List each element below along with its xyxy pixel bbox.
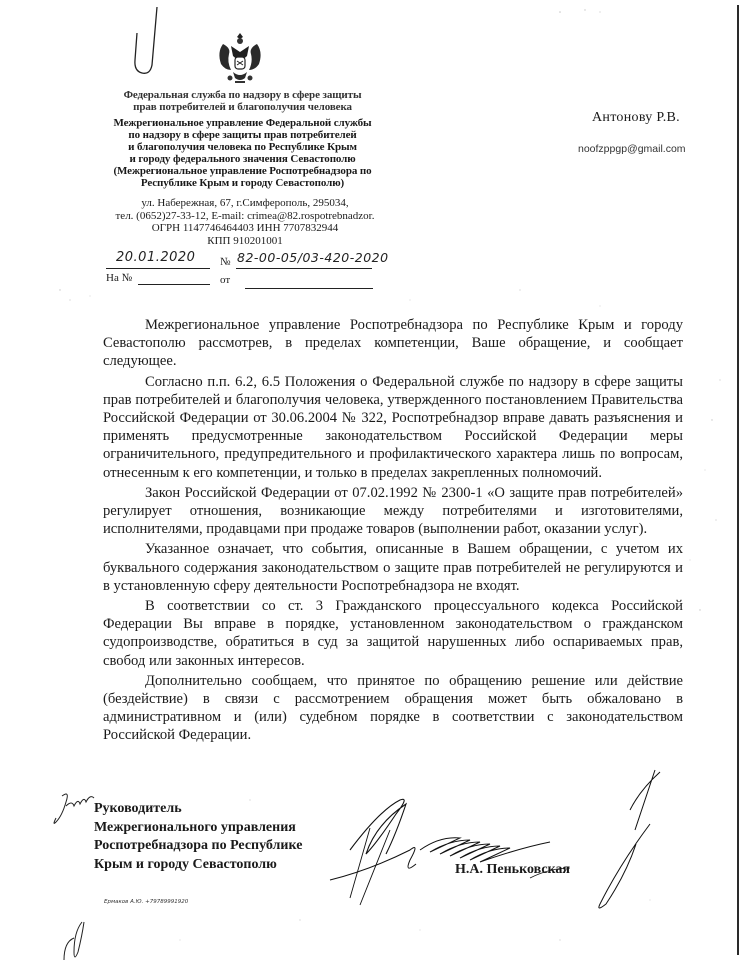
parent-org-line: прав потребителей и благополучия человек… bbox=[80, 101, 405, 113]
ogrn-inn-line: ОГРН 1147746464403 ИНН 7707832944 bbox=[80, 222, 410, 235]
body-paragraph: Межрегиональное управление Роспотребнадз… bbox=[103, 316, 683, 371]
coat-of-arms-icon bbox=[215, 30, 265, 86]
kpp-line: КПП 910201001 bbox=[80, 235, 410, 248]
letter-date: 20.01.2020 bbox=[116, 250, 195, 265]
reply-to-underline bbox=[138, 284, 210, 285]
phone-email-line: тел. (0652)27-33-12, E-mail: crimea@82.r… bbox=[80, 210, 410, 223]
org-line: Межрегиональное управление Федеральной с… bbox=[80, 117, 405, 129]
org-line: и городу федерального значения Севастопо… bbox=[80, 153, 405, 165]
signatory-title-line: Руководитель bbox=[94, 800, 302, 819]
body-paragraph: Согласно п.п. 6.2, 6.5 Положения о Федер… bbox=[103, 373, 683, 482]
org-line: (Межрегиональное управление Роспотребнад… bbox=[80, 165, 405, 177]
org-line: по надзору в сфере защиты прав потребите… bbox=[80, 129, 405, 141]
recipient-name: Антонову Р.В. bbox=[592, 110, 680, 126]
letter-body: Межрегиональное управление Роспотребнадз… bbox=[103, 316, 683, 747]
body-paragraph: Дополнительно сообщаем, что принятое по … bbox=[103, 672, 683, 745]
body-paragraph: В соответствии со ст. 3 Гражданского про… bbox=[103, 597, 683, 670]
from-label: от bbox=[220, 274, 230, 286]
parent-org-line: Федеральная служба по надзору в сфере за… bbox=[80, 89, 405, 101]
scanned-letter-page: Федеральная служба по надзору в сфере за… bbox=[0, 0, 747, 966]
number-underline bbox=[236, 268, 372, 269]
date-underline bbox=[106, 268, 210, 269]
reply-to-label: На № bbox=[106, 272, 132, 284]
handwritten-mark-icon bbox=[62, 920, 92, 964]
paper-clip-icon bbox=[130, 5, 160, 75]
handwritten-signature-icon bbox=[330, 770, 730, 910]
scan-edge-line bbox=[737, 5, 739, 955]
org-line: Республике Крым и городу Севастополю) bbox=[80, 177, 405, 189]
org-line: и благополучия человека по Республике Кр… bbox=[80, 141, 405, 153]
initials-scribble-icon bbox=[52, 790, 102, 830]
number-label: № bbox=[220, 256, 231, 268]
from-underline bbox=[245, 288, 373, 289]
address-line: ул. Набережная, 67, г.Симферополь, 29503… bbox=[80, 197, 410, 210]
signatory-title-line: Крым и городу Севастополю bbox=[94, 856, 302, 875]
sender-organization-header: Федеральная служба по надзору в сфере за… bbox=[80, 89, 405, 189]
sender-address-block: ул. Набережная, 67, г.Симферополь, 29503… bbox=[80, 197, 410, 247]
executor-contact: Ермаков А.Ю. +79789991920 bbox=[104, 899, 188, 905]
body-paragraph: Закон Российской Федерации от 07.02.1992… bbox=[103, 484, 683, 539]
letter-number: 82-00-05/03-420-2020 bbox=[237, 250, 389, 265]
signatory-title-line: Межрегионального управления bbox=[94, 819, 302, 838]
signatory-title: Руководитель Межрегионального управления… bbox=[94, 800, 302, 874]
body-paragraph: Указанное означает, что события, описанн… bbox=[103, 540, 683, 595]
recipient-email: noofzppgp@gmail.com bbox=[578, 143, 686, 155]
signatory-title-line: Роспотребнадзора по Республике bbox=[94, 837, 302, 856]
